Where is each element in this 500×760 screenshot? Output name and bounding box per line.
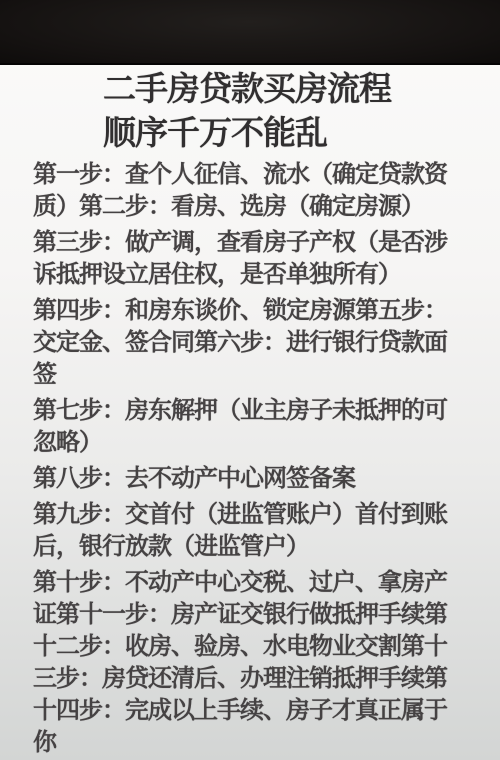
paragraph-step-1-2: 第一步：查个人征信、流水（确定贷款资质）第二步：看房、选房（确定房源） [33,159,467,223]
top-letterbox-bar [0,0,500,65]
paragraph-step-10-to-14: 第十步：不动产中心交税、过户、拿房产证第十一步：房产证交银行做抵押手续第十二步：… [33,567,467,759]
paragraph-step-9: 第九步：交首付（进监管账户）首付到账后，银行放款（进监管户） [33,499,467,563]
page-title: 二手房贷款买房流程 顺序千万不能乱 [33,67,467,155]
infographic-image: 二手房贷款买房流程 顺序千万不能乱 第一步：查个人征信、流水（确定贷款资质）第二… [0,0,500,760]
paragraph-step-4-5-6: 第四步：和房东谈价、锁定房源第五步：交定金、签合同第六步：进行银行贷款面签 [33,295,467,391]
steps-text: 第一步：查个人征信、流水（确定贷款资质）第二步：看房、选房（确定房源） 第三步：… [33,159,467,759]
title-line-2: 顺序千万不能乱 [103,111,467,155]
content-area: 二手房贷款买房流程 顺序千万不能乱 第一步：查个人征信、流水（确定贷款资质）第二… [0,65,500,759]
paragraph-step-7: 第七步：房东解押（业主房子未抵押的可忽略） [33,395,467,459]
title-line-1: 二手房贷款买房流程 [103,67,467,111]
paragraph-step-8: 第八步：去不动产中心网签备案 [33,463,467,495]
paragraph-step-3: 第三步：做产调，查看房子产权（是否涉诉抵押设立居住权，是否单独所有） [33,227,467,291]
